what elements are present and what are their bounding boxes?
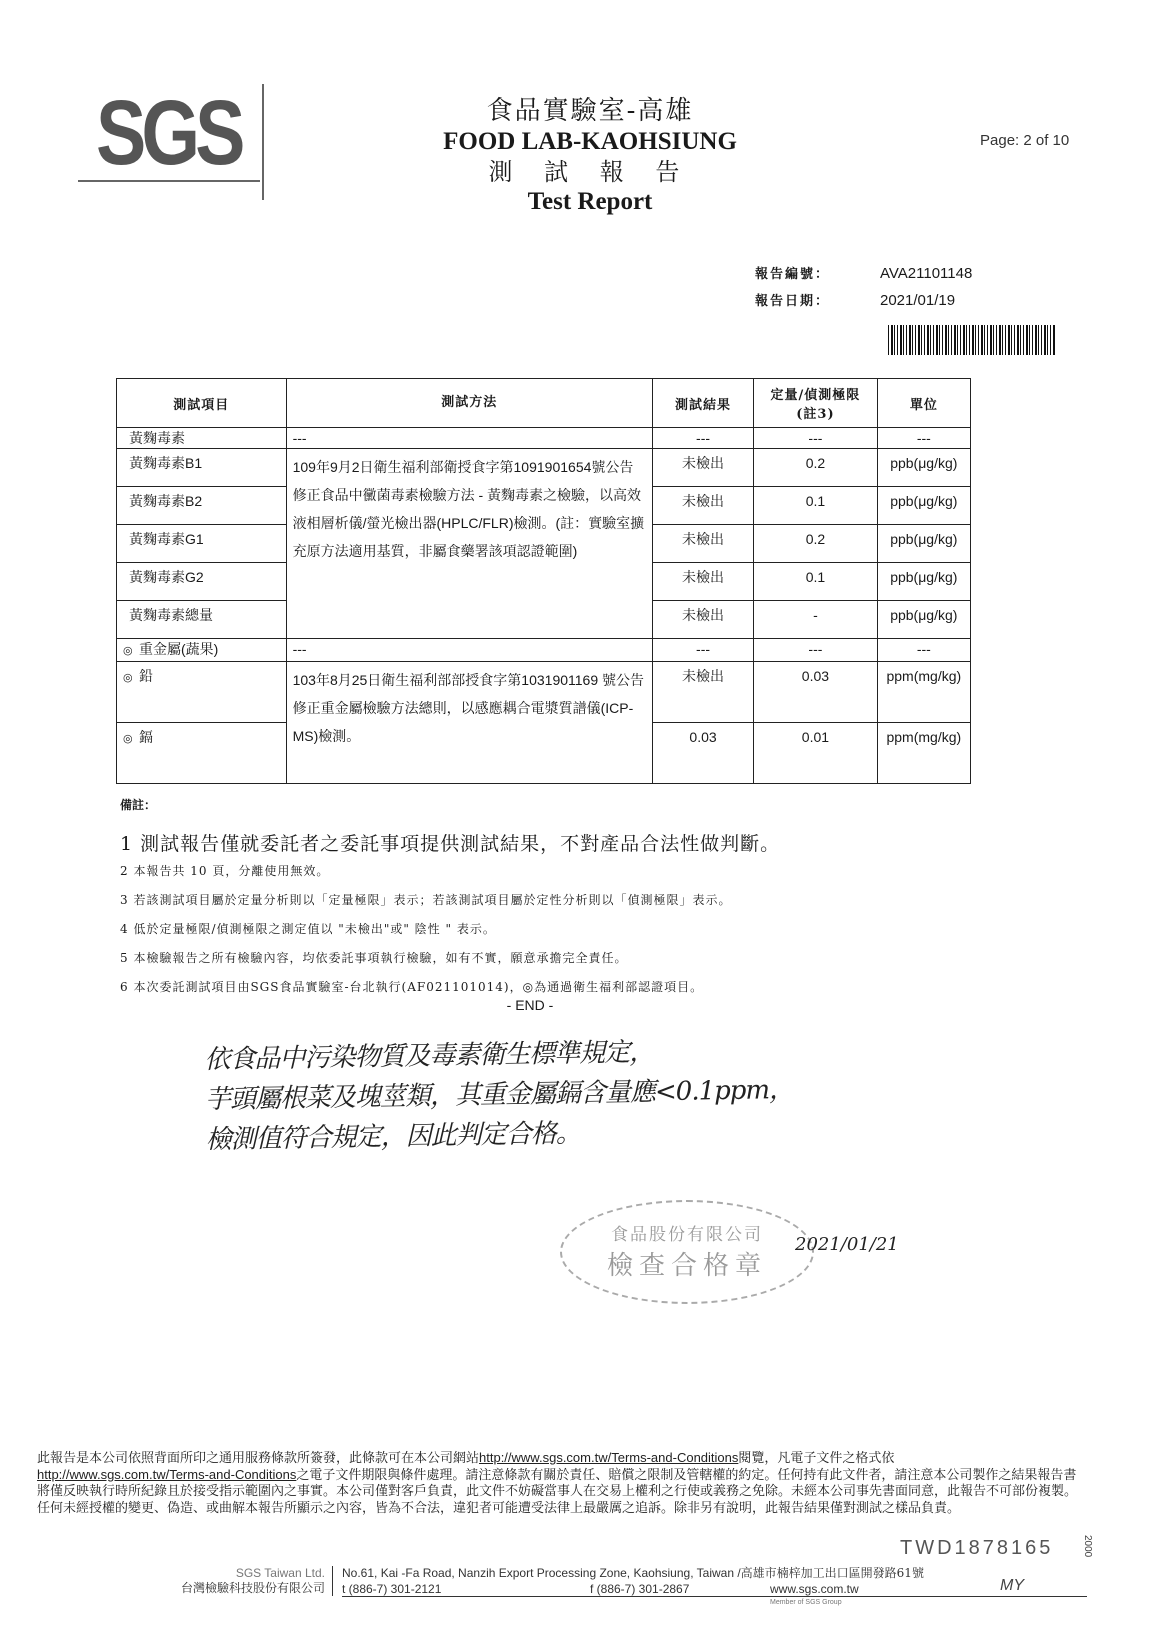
result-cell: 0.03 [652,723,753,784]
method-cell: --- [286,639,652,662]
page-number: Page: 2 of 10 [980,132,1069,149]
initials: MY [1000,1577,1024,1595]
limit-cell: 0.03 [754,662,877,723]
item-label: 鉛 [139,668,153,684]
unit-cell: ppb(μg/kg) [877,449,970,487]
unit-cell: --- [877,428,970,449]
footer-rule [342,1596,1087,1597]
company-block: SGS Taiwan Ltd. 台灣檢驗科技股份有限公司 [140,1566,325,1596]
col-header-item: 測試項目 [117,379,287,428]
result-cell: 未檢出 [652,601,753,639]
note-item: 5 本檢驗報告之所有檢驗內容，均依委託事項執行檢驗，如有不實，願意承擔完全責任。 [120,949,920,966]
notes-section: 備註： 1 測試報告僅就委託者之委託事項提供測試結果，不對產品合法性做判斷。 2… [120,796,920,1007]
item-cell: ◎鎘 [117,723,287,784]
method-cell: --- [286,428,652,449]
method-cell: 109年9月2日衛生福利部衛授食字第1091901654號公告修正食品中黴菌毒素… [286,449,652,639]
lab-name-zh: 食品實驗室-高雄 [380,95,800,127]
result-cell: --- [652,639,753,662]
disclaimer-text: 此報告是本公司依照背面所印之通用服務條款所簽發，此條款可在本公司網站 [37,1450,479,1465]
item-cell: 黃麴毒素 [117,428,287,449]
item-label: 重金屬(蔬果) [139,641,218,657]
limit-cell: 0.2 [754,449,877,487]
address-en: No.61, Kai -Fa Road, Nanzih Export Proce… [342,1566,741,1580]
company-name-zh: 台灣檢驗科技股份有限公司 [140,1581,325,1596]
item-cell: 黃麴毒素G1 [117,525,287,563]
item-cell: 黃麴毒素G2 [117,563,287,601]
limit-cell: - [754,601,877,639]
limit-cell: --- [754,428,877,449]
company-address: No.61, Kai -Fa Road, Nanzih Export Proce… [342,1566,924,1581]
terms-link[interactable]: http://www.sgs.com.tw/Terms-and-Conditio… [479,1450,738,1465]
member-text: Member of SGS Group [770,1599,842,1606]
stamp-date: 2021/01/21 [795,1234,899,1255]
item-cell: 黃麴毒素總量 [117,601,287,639]
logo-rule-horizontal [78,180,260,182]
report-number-label: 報告編號： [755,263,880,282]
table-row: ◎重金屬(蔬果) --- --- --- --- [117,639,971,662]
item-cell: ◎重金屬(蔬果) [117,639,287,662]
stamp-company: 食品股份有限公司 [562,1220,812,1245]
serial-number: TWD1878165 [900,1537,1053,1560]
report-number: 報告編號：AVA21101148 [755,263,972,282]
note-item: 2 本報告共 10 頁，分離使用無效。 [120,862,920,879]
item-cell: 黃麴毒素B2 [117,487,287,525]
terms-link[interactable]: http://www.sgs.com.tw/Terms-and-Conditio… [37,1467,296,1482]
col-header-limit: 定量/偵測極限(註3) [754,379,877,428]
end-marker: - END - [470,997,590,1013]
website[interactable]: www.sgs.com.tw [770,1582,859,1596]
handwritten-note: 依食品中污染物質及毒素衛生標準規定， 芋頭屬根菜及塊莖類，其重金屬鎘含量應<0.… [204,1030,795,1160]
limit-cell: --- [754,639,877,662]
inspection-stamp: 食品股份有限公司 檢查合格章 [560,1200,814,1304]
table-header-row: 測試項目 測試方法 測試結果 定量/偵測極限(註3) 單位 [117,379,971,428]
col-header-result: 測試結果 [652,379,753,428]
barcode [888,325,1056,355]
note-item: 1 測試報告僅就委託者之委託事項提供測試結果，不對產品合法性做判斷。 [120,829,920,856]
stamp-text: 檢查合格章 [562,1245,812,1282]
result-cell: 未檢出 [652,662,753,723]
disclaimer: 此報告是本公司依照背面所印之通用服務條款所簽發，此條款可在本公司網站http:/… [37,1450,1082,1516]
table-row: ◎鉛 103年8月25日衛生福利部部授食字第1031901169 號公告修正重金… [117,662,971,723]
lab-name-en: FOOD LAB-KAOHSIUNG [380,127,800,157]
unit-cell: ppb(μg/kg) [877,601,970,639]
company-name-en: SGS Taiwan Ltd. [140,1566,325,1581]
side-code: 2000 [1082,1535,1093,1557]
notes-title: 備註： [120,796,920,813]
limit-cell: 0.01 [754,723,877,784]
limit-cell: 0.1 [754,487,877,525]
unit-cell: ppm(mg/kg) [877,662,970,723]
note-item: 4 低於定量極限/偵測極限之測定值以 "未檢出"或" 陰性 " 表示。 [120,920,920,937]
address-zh: 高雄市楠梓加工出口區開發路61號 [741,1566,924,1580]
unit-cell: ppm(mg/kg) [877,723,970,784]
report-date: 報告日期：2021/01/19 [755,290,955,309]
report-date-value: 2021/01/19 [880,292,955,309]
col-header-unit: 單位 [877,379,970,428]
result-cell: 未檢出 [652,525,753,563]
unit-cell: --- [877,639,970,662]
report-header: 食品實驗室-高雄 FOOD LAB-KAOHSIUNG 測 試 報 告 Test… [380,95,800,217]
table-row: 黃麴毒素 --- --- --- --- [117,428,971,449]
phone: t (886-7) 301-2121 [342,1582,441,1596]
unit-cell: ppb(μg/kg) [877,525,970,563]
certified-mark-icon: ◎ [123,641,139,661]
result-cell: 未檢出 [652,563,753,601]
fax: f (886-7) 301-2867 [590,1582,689,1596]
method-cell: 103年8月25日衛生福利部部授食字第1031901169 號公告修正重金屬檢驗… [286,662,652,784]
note-item: 3 若該測試項目屬於定量分析則以「定量極限」表示；若該測試項目屬於定性分析則以「… [120,891,920,908]
limit-cell: 0.1 [754,563,877,601]
unit-cell: ppb(μg/kg) [877,487,970,525]
note-item: 6 本次委託測試項目由SGS食品實驗室-台北執行(AF021101014)，◎為… [120,978,920,995]
sgs-logo: SGS [96,92,235,174]
result-cell: --- [652,428,753,449]
result-cell: 未檢出 [652,449,753,487]
table-row: 黃麴毒素B1 109年9月2日衛生福利部衛授食字第1091901654號公告修正… [117,449,971,487]
results-table: 測試項目 測試方法 測試結果 定量/偵測極限(註3) 單位 黃麴毒素 --- -… [116,378,971,784]
disclaimer-text: 閱覽，凡電子文件之格式依 [738,1450,894,1465]
footer-divider [332,1566,333,1596]
report-date-label: 報告日期： [755,290,880,309]
certified-mark-icon: ◎ [123,664,139,692]
item-label: 鎘 [139,729,153,745]
limit-cell: 0.2 [754,525,877,563]
col-header-method: 測試方法 [286,379,652,428]
certified-mark-icon: ◎ [123,725,139,753]
result-cell: 未檢出 [652,487,753,525]
report-type-en: Test Report [380,187,800,217]
logo-rule-vertical [262,84,264,200]
unit-cell: ppb(μg/kg) [877,563,970,601]
report-number-value: AVA21101148 [880,265,972,282]
item-cell: ◎鉛 [117,662,287,723]
report-type-zh: 測 試 報 告 [380,157,800,187]
item-cell: 黃麴毒素B1 [117,449,287,487]
